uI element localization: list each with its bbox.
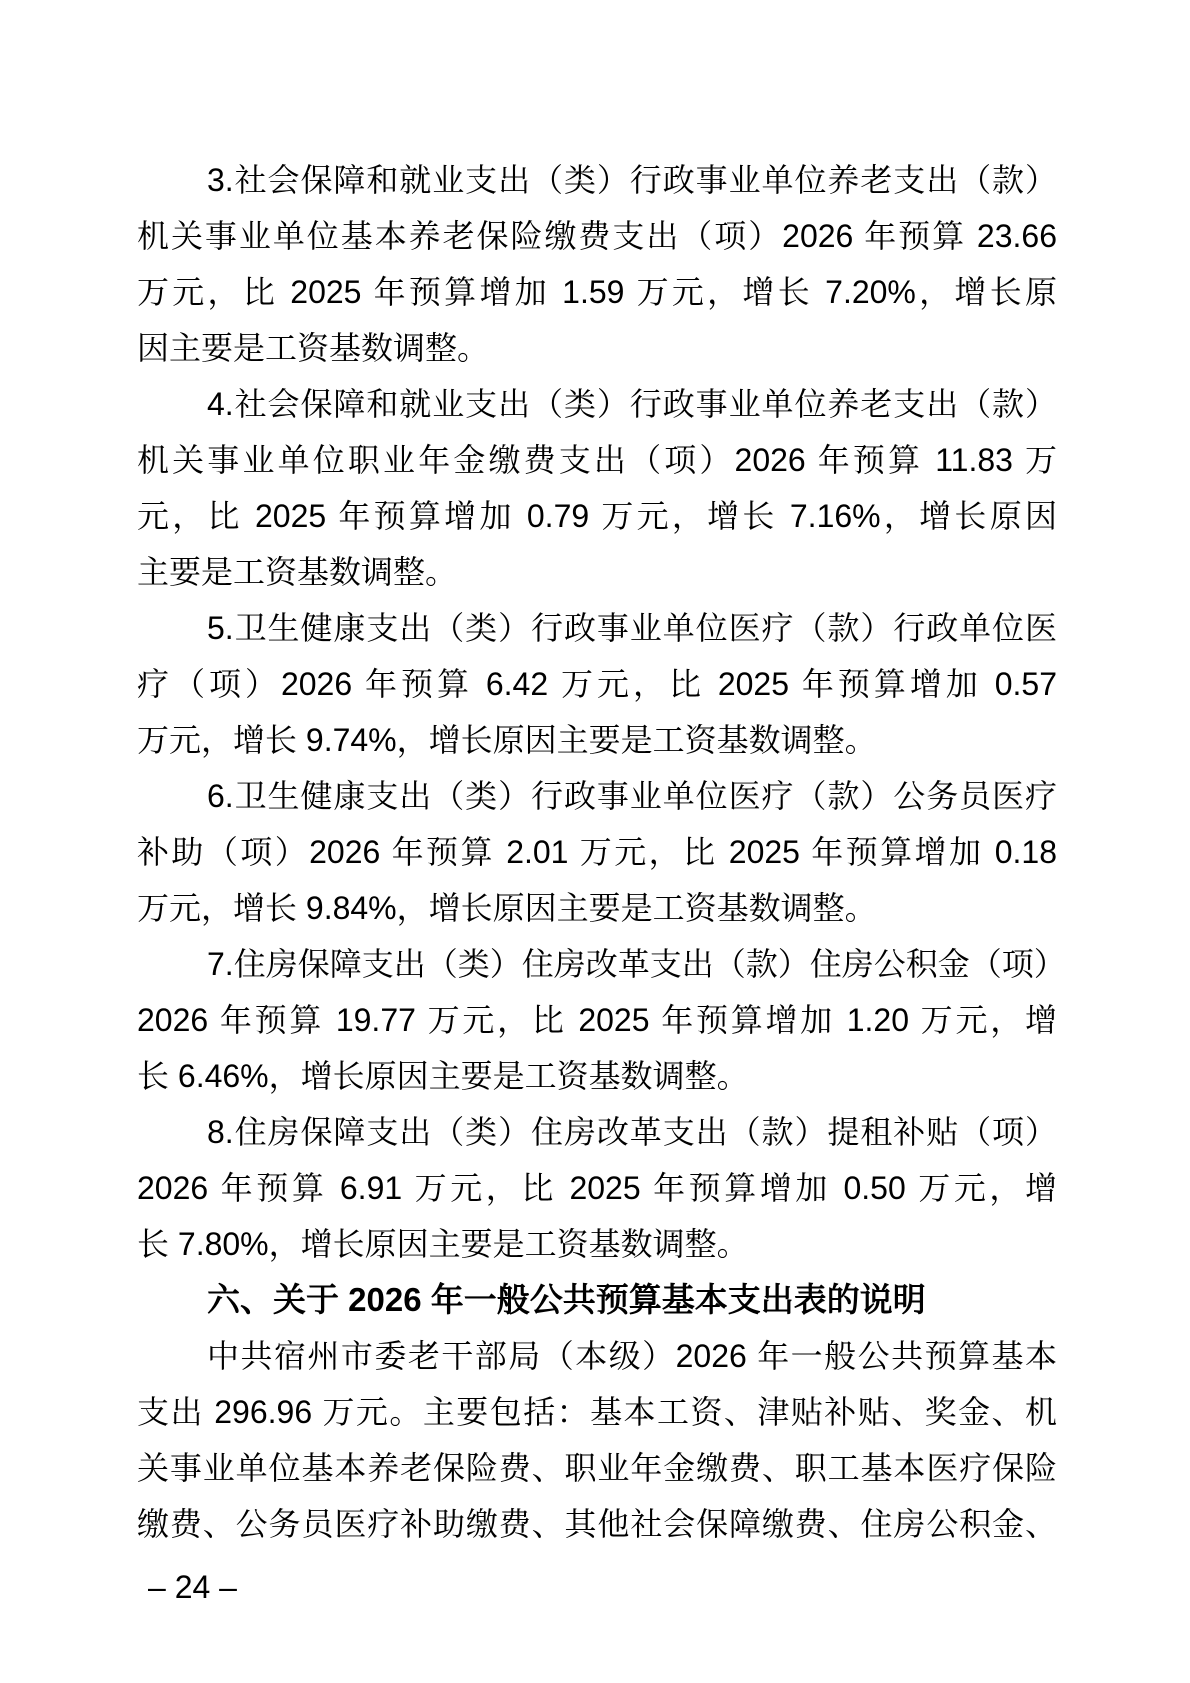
paragraph-basic-expenditure-intro: 中共宿州市委老干部局（本级）2026 年一般公共预算基本 支出 296.96 万… xyxy=(137,1328,1057,1552)
paragraph-budget-item-7: 7.住房保障支出（类）住房改革支出（款）住房公积金（项） 2026 年预算 19… xyxy=(137,936,1057,1104)
paragraph-line: 机关事业单位职业年金缴费支出（项）2026 年预算 11.83 万 xyxy=(137,432,1057,488)
paragraph-line: 中共宿州市委老干部局（本级）2026 年一般公共预算基本 xyxy=(137,1328,1057,1384)
page-footer: – 24 – xyxy=(148,1559,237,1615)
paragraph-budget-item-5: 5.卫生健康支出（类）行政事业单位医疗（款）行政单位医 疗（项）2026 年预算… xyxy=(137,600,1057,768)
paragraph-line: 2026 年预算 6.91 万元，比 2025 年预算增加 0.50 万元，增 xyxy=(137,1160,1057,1216)
paragraph-line: 万元，增长 9.74%，增长原因主要是工资基数调整。 xyxy=(137,712,1057,768)
paragraph-line: 元，比 2025 年预算增加 0.79 万元，增长 7.16%，增长原因 xyxy=(137,488,1057,544)
document-page: 3.社会保障和就业支出（类）行政事业单位养老支出（款） 机关事业单位基本养老保险… xyxy=(0,0,1190,1683)
paragraph-line: 万元，比 2025 年预算增加 1.59 万元，增长 7.20%，增长原 xyxy=(137,264,1057,320)
paragraph-line: 2026 年预算 19.77 万元，比 2025 年预算增加 1.20 万元，增 xyxy=(137,992,1057,1048)
paragraph-line: 缴费、公务员医疗补助缴费、其他社会保障缴费、住房公积金、 xyxy=(137,1496,1057,1552)
paragraph-line: 支出 296.96 万元。主要包括：基本工资、津贴补贴、奖金、机 xyxy=(137,1384,1057,1440)
paragraph-line: 8.住房保障支出（类）住房改革支出（款）提租补贴（项） xyxy=(137,1104,1057,1160)
section-heading-6: 六、关于 2026 年一般公共预算基本支出表的说明 xyxy=(137,1272,1057,1328)
page-number: – 24 – xyxy=(148,1569,237,1605)
paragraph-line: 长 7.80%，增长原因主要是工资基数调整。 xyxy=(137,1216,1057,1272)
paragraph-budget-item-4: 4.社会保障和就业支出（类）行政事业单位养老支出（款） 机关事业单位职业年金缴费… xyxy=(137,376,1057,600)
paragraph-line: 因主要是工资基数调整。 xyxy=(137,320,1057,376)
paragraph-line: 4.社会保障和就业支出（类）行政事业单位养老支出（款） xyxy=(137,376,1057,432)
paragraph-budget-item-8: 8.住房保障支出（类）住房改革支出（款）提租补贴（项） 2026 年预算 6.9… xyxy=(137,1104,1057,1272)
section-heading-text: 六、关于 2026 年一般公共预算基本支出表的说明 xyxy=(137,1272,1057,1328)
paragraph-line: 机关事业单位基本养老保险缴费支出（项）2026 年预算 23.66 xyxy=(137,208,1057,264)
paragraph-budget-item-6: 6.卫生健康支出（类）行政事业单位医疗（款）公务员医疗 补助（项）2026 年预… xyxy=(137,768,1057,936)
paragraph-line: 疗（项）2026 年预算 6.42 万元，比 2025 年预算增加 0.57 xyxy=(137,656,1057,712)
paragraph-line: 补助（项）2026 年预算 2.01 万元，比 2025 年预算增加 0.18 xyxy=(137,824,1057,880)
paragraph-line: 关事业单位基本养老保险费、职业年金缴费、职工基本医疗保险 xyxy=(137,1440,1057,1496)
paragraph-line: 7.住房保障支出（类）住房改革支出（款）住房公积金（项） xyxy=(137,936,1057,992)
paragraph-line: 长 6.46%，增长原因主要是工资基数调整。 xyxy=(137,1048,1057,1104)
document-body: 3.社会保障和就业支出（类）行政事业单位养老支出（款） 机关事业单位基本养老保险… xyxy=(137,152,1057,1552)
paragraph-budget-item-3: 3.社会保障和就业支出（类）行政事业单位养老支出（款） 机关事业单位基本养老保险… xyxy=(137,152,1057,376)
paragraph-line: 6.卫生健康支出（类）行政事业单位医疗（款）公务员医疗 xyxy=(137,768,1057,824)
paragraph-line: 3.社会保障和就业支出（类）行政事业单位养老支出（款） xyxy=(137,152,1057,208)
paragraph-line: 主要是工资基数调整。 xyxy=(137,544,1057,600)
paragraph-line: 5.卫生健康支出（类）行政事业单位医疗（款）行政单位医 xyxy=(137,600,1057,656)
paragraph-line: 万元，增长 9.84%，增长原因主要是工资基数调整。 xyxy=(137,880,1057,936)
